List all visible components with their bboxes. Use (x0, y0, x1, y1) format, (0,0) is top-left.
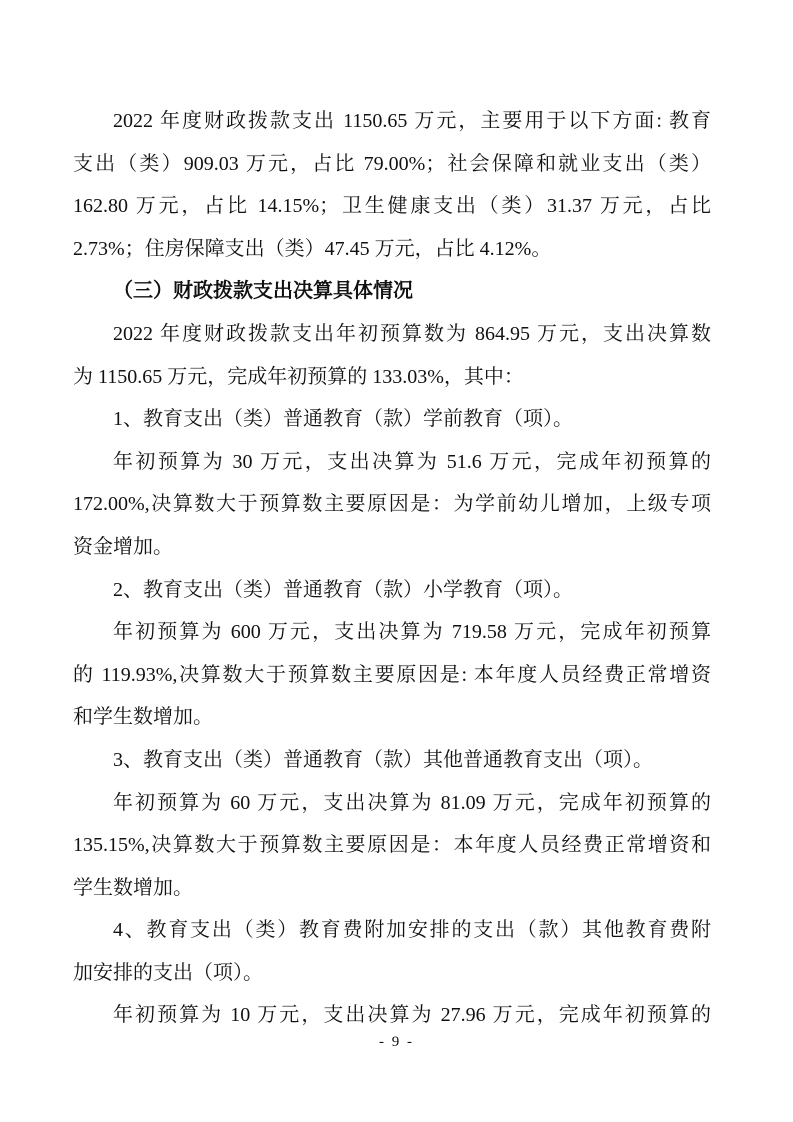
text-line: 和学生数增加。 (73, 696, 711, 739)
heading-section-3: （三）财政拨款支出决算具体情况 (73, 270, 711, 313)
text-line: 年初预算为 600 万元，支出决算为 719.58 万元，完成年初预算 (73, 611, 711, 654)
text-line: 2022 年度财政拨款支出年初预算数为 864.95 万元，支出决算数 (73, 313, 711, 356)
text-line: 资金增加。 (73, 526, 711, 569)
document-page: 2022 年度财政拨款支出 1150.65 万元，主要用于以下方面: 教育 支出… (0, 0, 793, 1122)
text-line: 162.80 万元，占比 14.15%；卫生健康支出（类）31.37 万元，占比 (73, 185, 711, 228)
text-line: 3、教育支出（类）普通教育（款）其他普通教育支出（项）。 (73, 739, 711, 782)
document-body: 2022 年度财政拨款支出 1150.65 万元，主要用于以下方面: 教育 支出… (73, 100, 711, 1037)
text-line: 加安排的支出（项）。 (73, 952, 711, 995)
para-budget-vs-final: 2022 年度财政拨款支出年初预算数为 864.95 万元，支出决算数 为 11… (73, 313, 711, 398)
text-line: 2022 年度财政拨款支出 1150.65 万元，主要用于以下方面: 教育 (73, 100, 711, 143)
text-line: 支出（类）909.03 万元，占比 79.00%；社会保障和就业支出（类） (73, 143, 711, 186)
text-line: 年初预算为 30 万元，支出决算为 51.6 万元，完成年初预算的 (73, 441, 711, 484)
section-heading-line: （三）财政拨款支出决算具体情况 (73, 270, 711, 313)
text-line: 2、教育支出（类）普通教育（款）小学教育（项）。 (73, 569, 711, 612)
text-line: 2.73%；住房保障支出（类）47.45 万元，占比 4.12%。 (73, 228, 711, 271)
item-1-title: 1、教育支出（类）普通教育（款）学前教育（项）。 (73, 398, 711, 441)
page-number: - 9 - (0, 1031, 793, 1053)
item-3-detail: 年初预算为 60 万元，支出决算为 81.09 万元，完成年初预算的 135.1… (73, 782, 711, 910)
text-line: 135.15%,决算数大于预算数主要原因是：本年度人员经费正常增资和 (73, 824, 711, 867)
text-line: 年初预算为 60 万元，支出决算为 81.09 万元，完成年初预算的 (73, 782, 711, 825)
item-3-title: 3、教育支出（类）普通教育（款）其他普通教育支出（项）。 (73, 739, 711, 782)
item-4-title: 4、教育支出（类）教育费附加安排的支出（款）其他教育费附 加安排的支出（项）。 (73, 909, 711, 994)
para-expenditure-overview: 2022 年度财政拨款支出 1150.65 万元，主要用于以下方面: 教育 支出… (73, 100, 711, 270)
item-2-title: 2、教育支出（类）普通教育（款）小学教育（项）。 (73, 569, 711, 612)
text-line: 学生数增加。 (73, 867, 711, 910)
text-line: 4、教育支出（类）教育费附加安排的支出（款）其他教育费附 (73, 909, 711, 952)
text-line: 为 1150.65 万元，完成年初预算的 133.03%，其中： (73, 356, 711, 399)
text-line: 172.00%,决算数大于预算数主要原因是：为学前幼儿增加，上级专项 (73, 483, 711, 526)
text-line: 的 119.93%,决算数大于预算数主要原因是: 本年度人员经费正常增资 (73, 654, 711, 697)
text-line: 1、教育支出（类）普通教育（款）学前教育（项）。 (73, 398, 711, 441)
item-2-detail: 年初预算为 600 万元，支出决算为 719.58 万元，完成年初预算 的 11… (73, 611, 711, 739)
item-1-detail: 年初预算为 30 万元，支出决算为 51.6 万元，完成年初预算的 172.00… (73, 441, 711, 569)
